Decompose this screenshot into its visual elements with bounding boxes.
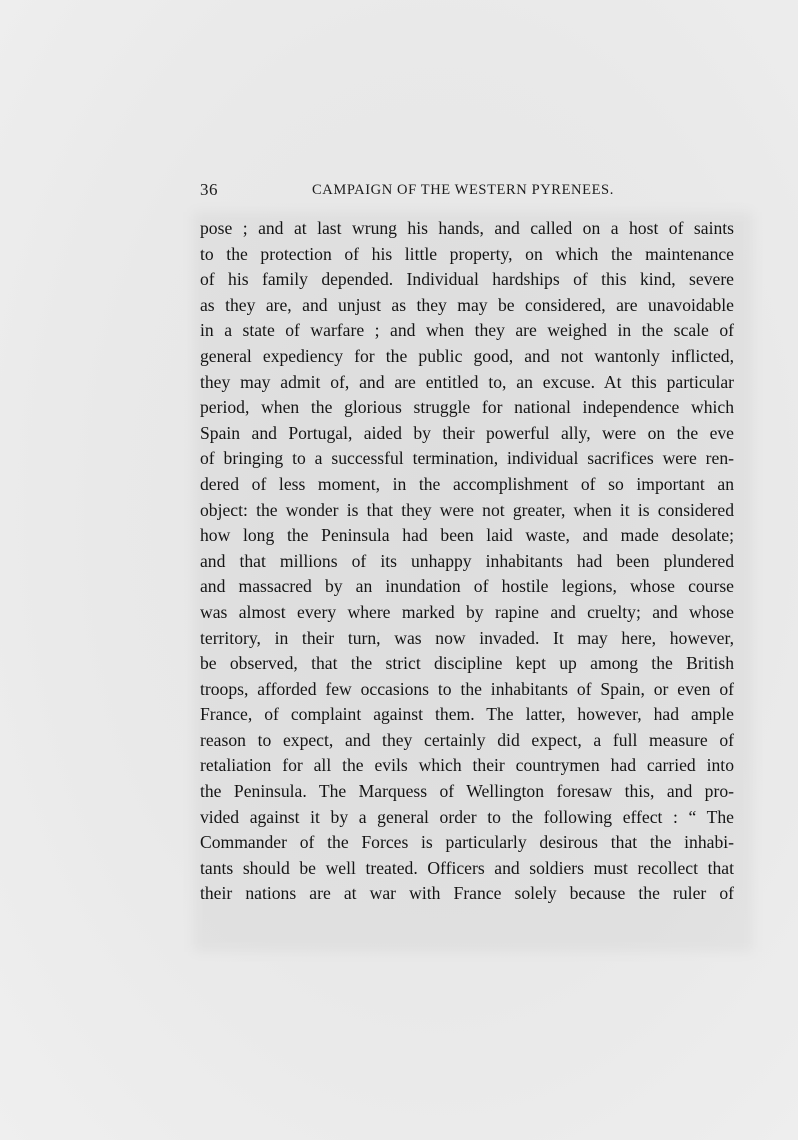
running-head: 36 CAMPAIGN OF THE WESTERN PYRENEES. bbox=[200, 180, 740, 204]
text-line: Commander of the Forces is particularly … bbox=[200, 830, 734, 856]
text-line: troops, afforded few occasions to the in… bbox=[200, 677, 734, 703]
body-text: pose ; and at last wrung his hands, and … bbox=[200, 216, 734, 907]
text-line: territory, in their turn, was now invade… bbox=[200, 626, 734, 652]
text-line: in a state of warfare ; and when they ar… bbox=[200, 318, 734, 344]
text-line: the Peninsula. The Marquess of Wellingto… bbox=[200, 779, 734, 805]
text-line: tants should be well treated. Officers a… bbox=[200, 856, 734, 882]
text-line: pose ; and at last wrung his hands, and … bbox=[200, 216, 734, 242]
text-line: retaliation for all the evils which thei… bbox=[200, 753, 734, 779]
running-title: CAMPAIGN OF THE WESTERN PYRENEES. bbox=[312, 182, 614, 199]
book-page: 36 CAMPAIGN OF THE WESTERN PYRENEES. pos… bbox=[0, 0, 798, 1140]
text-line: Spain and Portugal, aided by their power… bbox=[200, 421, 734, 447]
text-line: as they are, and unjust as they may be c… bbox=[200, 293, 734, 319]
text-line: to the protection of his little property… bbox=[200, 242, 734, 268]
text-line: their nations are at war with France sol… bbox=[200, 881, 734, 907]
text-line: of his family depended. Individual hards… bbox=[200, 267, 734, 293]
text-line: and that millions of its unhappy inhabit… bbox=[200, 549, 734, 575]
page-number: 36 bbox=[200, 180, 218, 200]
text-line: France, of complaint against them. The l… bbox=[200, 702, 734, 728]
text-line: and massacred by an inundation of hostil… bbox=[200, 574, 734, 600]
text-line: general expediency for the public good, … bbox=[200, 344, 734, 370]
text-line: they may admit of, and are entitled to, … bbox=[200, 370, 734, 396]
text-line: of bringing to a successful termination,… bbox=[200, 446, 734, 472]
text-line: how long the Peninsula had been laid was… bbox=[200, 523, 734, 549]
text-line: period, when the glorious struggle for n… bbox=[200, 395, 734, 421]
text-line: object: the wonder is that they were not… bbox=[200, 498, 734, 524]
text-line: was almost every where marked by rapine … bbox=[200, 600, 734, 626]
text-line: vided against it by a general order to t… bbox=[200, 805, 734, 831]
text-line: reason to expect, and they certainly did… bbox=[200, 728, 734, 754]
text-line: dered of less moment, in the accomplishm… bbox=[200, 472, 734, 498]
text-line: be observed, that the strict discipline … bbox=[200, 651, 734, 677]
